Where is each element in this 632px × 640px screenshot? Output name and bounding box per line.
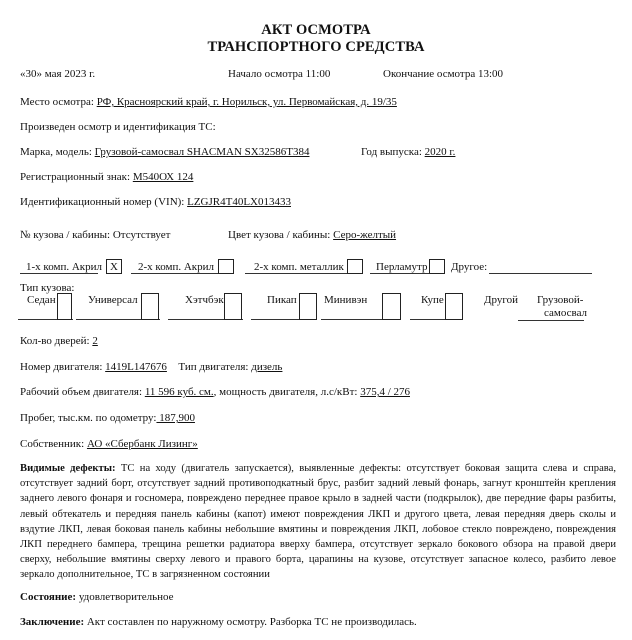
- inspection-start: Начало осмотра 11:00: [228, 68, 330, 80]
- vin-label: Идентификационный номер (VIN):: [20, 196, 187, 208]
- body-type-pickup: Пикап: [267, 294, 297, 306]
- engine-power-label: , мощность двигателя, л.с/кВт:: [214, 386, 361, 398]
- place-row: Место осмотра: РФ, Красноярский край, г.…: [20, 96, 397, 108]
- engine-power-value: 375,4 / 276: [360, 386, 410, 398]
- paint-option-acrylic-1: 1-х комп. Акрил: [26, 261, 102, 273]
- engine-number-value: 1419L147676: [105, 361, 167, 373]
- body-type-checkbox-minivan[interactable]: [382, 293, 401, 320]
- year-label: Год выпуска:: [361, 146, 425, 158]
- paint-checkbox-pearl[interactable]: [429, 259, 445, 274]
- reg-value: М540ОХ 124: [133, 171, 194, 183]
- inspection-date: «30» мая 2023 г.: [20, 68, 95, 80]
- condition-label: Состояние:: [20, 591, 76, 603]
- year-value: 2020 г.: [425, 146, 456, 158]
- conclusion-value: Акт составлен по наружному осмотру. Разб…: [84, 616, 417, 628]
- body-number-row: № кузова / кабины: Отсутствует: [20, 229, 170, 241]
- model-label: Марка, модель:: [20, 146, 95, 158]
- body-type-other-label: Другой: [484, 294, 518, 306]
- body-number-label: № кузова / кабины:: [20, 229, 113, 241]
- body-type-minivan: Минивэн: [324, 294, 367, 306]
- color-row: Цвет кузова / кабины: Серо-желтый: [228, 229, 396, 241]
- body-type-other-value-1: Грузовой-: [537, 294, 583, 306]
- doors-label: Кол-во дверей:: [20, 335, 92, 347]
- inspection-end: Окончание осмотра 13:00: [383, 68, 503, 80]
- place-value: РФ, Красноярский край, г. Норильск, ул. …: [97, 96, 397, 108]
- paint-other-label: Другое:: [451, 261, 487, 273]
- model-row: Марка, модель: Грузовой-самосвал SHACMAN…: [20, 146, 309, 158]
- engine-volume-label: Рабочий объем двигателя:: [20, 386, 145, 398]
- body-type-checkbox-pickup[interactable]: [299, 293, 317, 320]
- body-type-hatchback: Хэтчбэк: [185, 294, 224, 306]
- mileage-label: Пробег, тыс.км. по одометру:: [20, 412, 156, 424]
- doors-value: 2: [92, 335, 98, 347]
- paint-checkbox-metallic[interactable]: [347, 259, 363, 274]
- place-label: Место осмотра:: [20, 96, 97, 108]
- engine-volume-value: 11 596 куб. см.: [145, 386, 214, 398]
- paint-option-metallic: 2-х комп. металлик: [254, 261, 344, 273]
- title-line-2: ТРАНСПОРТНОГО СРЕДСТВА: [0, 39, 632, 56]
- mileage-value: 187,900: [156, 412, 195, 424]
- model-value: Грузовой-самосвал SHACMAN SX32586T384: [95, 146, 310, 158]
- body-number-value: Отсутствует: [113, 229, 171, 241]
- mileage-row: Пробег, тыс.км. по одометру: 187,900: [20, 412, 195, 424]
- owner-value: АО «Сбербанк Лизинг»: [87, 438, 198, 450]
- body-type-checkbox-coupe[interactable]: [445, 293, 463, 320]
- paint-checkbox-acrylic-2[interactable]: [218, 259, 234, 274]
- vin-row: Идентификационный номер (VIN): LZGJR4T40…: [20, 196, 291, 208]
- doors-row: Кол-во дверей: 2: [20, 335, 98, 347]
- color-value: Серо-желтый: [333, 229, 396, 241]
- defects-label: Видимые дефекты:: [20, 463, 116, 474]
- body-type-sedan: Седан: [27, 294, 56, 306]
- conclusion-label: Заключение:: [20, 616, 84, 628]
- vin-value: LZGJR4T40LX013433: [187, 196, 291, 208]
- year-row: Год выпуска: 2020 г.: [361, 146, 455, 158]
- paint-other-field[interactable]: [489, 273, 592, 274]
- engine-type-label: Тип двигателя:: [178, 361, 251, 373]
- owner-label: Собственник:: [20, 438, 87, 450]
- body-type-checkbox-hatchback[interactable]: [224, 293, 242, 320]
- owner-row: Собственник: АО «Сбербанк Лизинг»: [20, 438, 198, 450]
- engine-volume-row: Рабочий объем двигателя: 11 596 куб. см.…: [20, 386, 410, 398]
- visible-defects: Видимые дефекты: ТС на ходу (двигатель з…: [20, 461, 616, 583]
- title-line-1: АКТ ОСМОТРА: [0, 22, 632, 39]
- conclusion-row: Заключение: Акт составлен по наружному о…: [20, 616, 417, 628]
- defects-text: ТС на ходу (двигатель запускается), выяв…: [20, 463, 616, 580]
- body-type-checkbox-sedan[interactable]: [57, 293, 72, 320]
- engine-number-label: Номер двигателя:: [20, 361, 105, 373]
- condition-value: удовлетворительное: [76, 591, 174, 603]
- paint-option-pearl: Перламутр: [376, 261, 427, 273]
- condition-row: Состояние: удовлетворительное: [20, 591, 174, 603]
- body-type-other-value-2: самосвал: [544, 307, 587, 319]
- engine-row: Номер двигателя: 1419L147676 Тип двигате…: [20, 361, 282, 373]
- paint-checkbox-acrylic-1[interactable]: X: [106, 259, 122, 274]
- paint-option-acrylic-2: 2-х комп. Акрил: [138, 261, 214, 273]
- body-type-coupe: Купе: [421, 294, 444, 306]
- reg-label: Регистрационный знак:: [20, 171, 133, 183]
- reg-row: Регистрационный знак: М540ОХ 124: [20, 171, 193, 183]
- identification-label: Произведен осмотр и идентификация ТС:: [20, 121, 216, 133]
- engine-type-value: дизель: [251, 361, 282, 373]
- body-type-checkbox-wagon[interactable]: [141, 293, 159, 320]
- color-label: Цвет кузова / кабины:: [228, 229, 333, 241]
- body-type-wagon: Универсал: [88, 294, 138, 306]
